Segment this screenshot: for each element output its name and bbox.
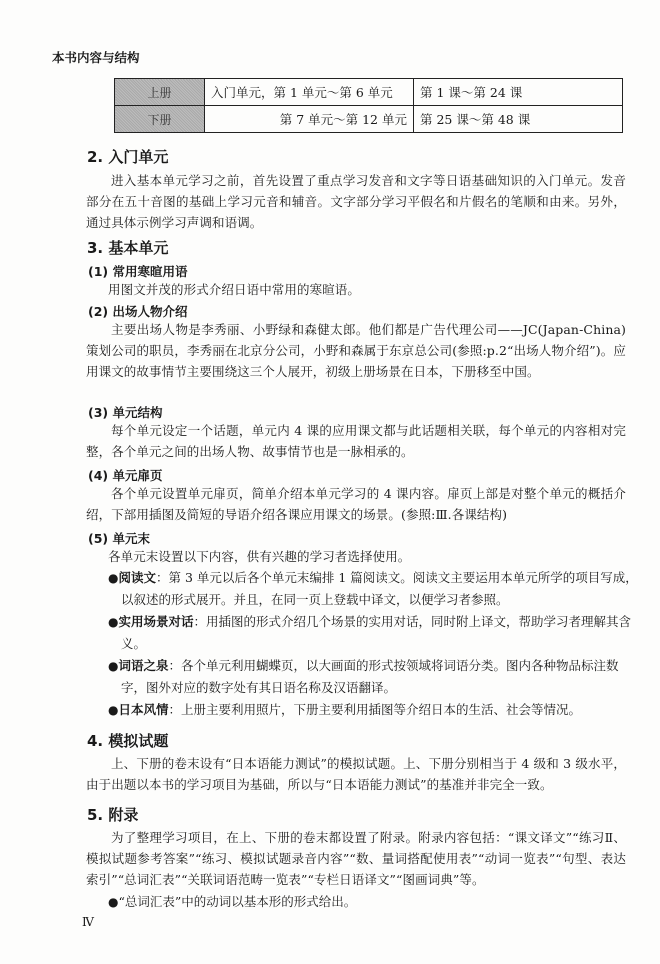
volume-cell: 下册 xyxy=(115,106,205,133)
section-heading-appendix: 5. 附录 xyxy=(87,804,138,825)
bullet-icon: ● xyxy=(108,703,118,717)
appendix-body: 为了整理学习项目，在上、下册的卷末都设置了附录。附录内容包括：“课文译文”“练习… xyxy=(86,827,626,890)
section-heading-basic-unit: 3. 基本单元 xyxy=(87,237,168,258)
table-row: 上册 入门单元，第 1 单元～第 6 单元 第 1 课～第 24 课 xyxy=(115,79,623,106)
section-heading-mock-test: 4. 模拟试题 xyxy=(87,730,168,751)
subheading-characters: (2) 出场人物介绍 xyxy=(88,302,187,320)
volume-cell: 上册 xyxy=(115,79,205,106)
table-row: 下册 第 7 单元～第 12 单元 第 25 课～第 48 课 xyxy=(115,106,623,133)
lessons-cell: 第 1 课～第 24 课 xyxy=(414,79,623,106)
list-item-reading: ●阅读文：第 3 单元以后各个单元末编排 1 篇阅读文。阅读文主要运用本单元所学… xyxy=(108,567,641,610)
subheading-greetings: (1) 常用寒暄用语 xyxy=(88,262,187,280)
bullet-term: 日本风情 xyxy=(118,702,168,717)
subheading-unit-cover: (4) 单元扉页 xyxy=(88,466,162,484)
unit-structure-body: 每个单元设定一个话题，单元内 4 课的应用课文都与此话题相关联，每个单元的内容相… xyxy=(86,420,626,462)
bullet-text: ：第 3 单元以后各个单元末编排 1 篇阅读文。阅读文主要运用本单元所学的项目写… xyxy=(121,570,638,607)
bullet-icon: ● xyxy=(108,895,118,909)
list-item-vocab: ●词语之泉：各个单元利用蝴蝶页，以大画面的形式按领域将词语分类。图内各种物品标注… xyxy=(108,655,641,698)
bullet-term: 词语之泉 xyxy=(118,658,168,673)
bullet-text: ：上册主要利用照片，下册主要利用插图等介绍日本的生活、社会等情况。 xyxy=(169,702,582,717)
characters-body: 主要出场人物是李秀丽、小野绿和森健太郎。他们都是广告代理公司——JC(Japan… xyxy=(86,319,626,382)
bullet-text: ：各个单元利用蝴蝶页，以大画面的形式按领域将词语分类。图内各种物品标注数字，图外… xyxy=(121,658,619,695)
units-cell: 入门单元，第 1 单元～第 6 单元 xyxy=(205,79,414,106)
unit-end-body: 各单元末设置以下内容，供有兴趣的学习者选择使用。 xyxy=(108,546,628,567)
volume-table: 上册 入门单元，第 1 单元～第 6 单元 第 1 课～第 24 课 下册 第 … xyxy=(114,78,623,133)
bullet-icon: ● xyxy=(108,659,118,673)
list-item-dialogue: ●实用场景对话：用插图的形式介绍几个场景的实用对话，同时附上译文，帮助学习者理解… xyxy=(108,611,641,654)
list-item-appendix-note: ●“总词汇表”中的动词以基本形的形式给出。 xyxy=(108,891,641,913)
section-heading-intro-unit: 2. 入门单元 xyxy=(87,146,168,167)
subheading-unit-end: (5) 单元末 xyxy=(88,529,150,547)
intro-unit-body: 进入基本单元学习之前，首先设置了重点学习发音和文字等日语基础知识的入门单元。发音… xyxy=(86,170,626,233)
bullet-icon: ● xyxy=(108,615,118,629)
mock-test-body: 上、下册的卷末设有“日本语能力测试”的模拟试题。上、下册分别相当于 4 级和 3… xyxy=(86,753,626,795)
greetings-body: 用图文并茂的形式介绍日语中常用的寒暄语。 xyxy=(108,279,628,300)
page-number: Ⅳ xyxy=(82,915,94,929)
bullet-term: 实用场景对话 xyxy=(118,614,193,629)
subheading-unit-structure: (3) 单元结构 xyxy=(88,403,162,421)
unit-cover-body: 各个单元设置单元扉页，简单介绍本单元学习的 4 课内容。扉页上部是对整个单元的概… xyxy=(86,483,626,525)
bullet-icon: ● xyxy=(108,571,118,585)
bullet-term: 阅读文 xyxy=(118,570,156,585)
units-cell: 第 7 单元～第 12 单元 xyxy=(205,106,414,133)
lessons-cell: 第 25 课～第 48 课 xyxy=(414,106,623,133)
list-item-culture: ●日本风情：上册主要利用照片，下册主要利用插图等介绍日本的生活、社会等情况。 xyxy=(108,699,641,721)
page-header-title: 本书内容与结构 xyxy=(52,48,140,66)
bullet-text: “总词汇表”中的动词以基本形的形式给出。 xyxy=(118,894,356,909)
bullet-text: ：用插图的形式介绍几个场景的实用对话，同时附上译文，帮助学习者理解其含义。 xyxy=(121,614,631,651)
